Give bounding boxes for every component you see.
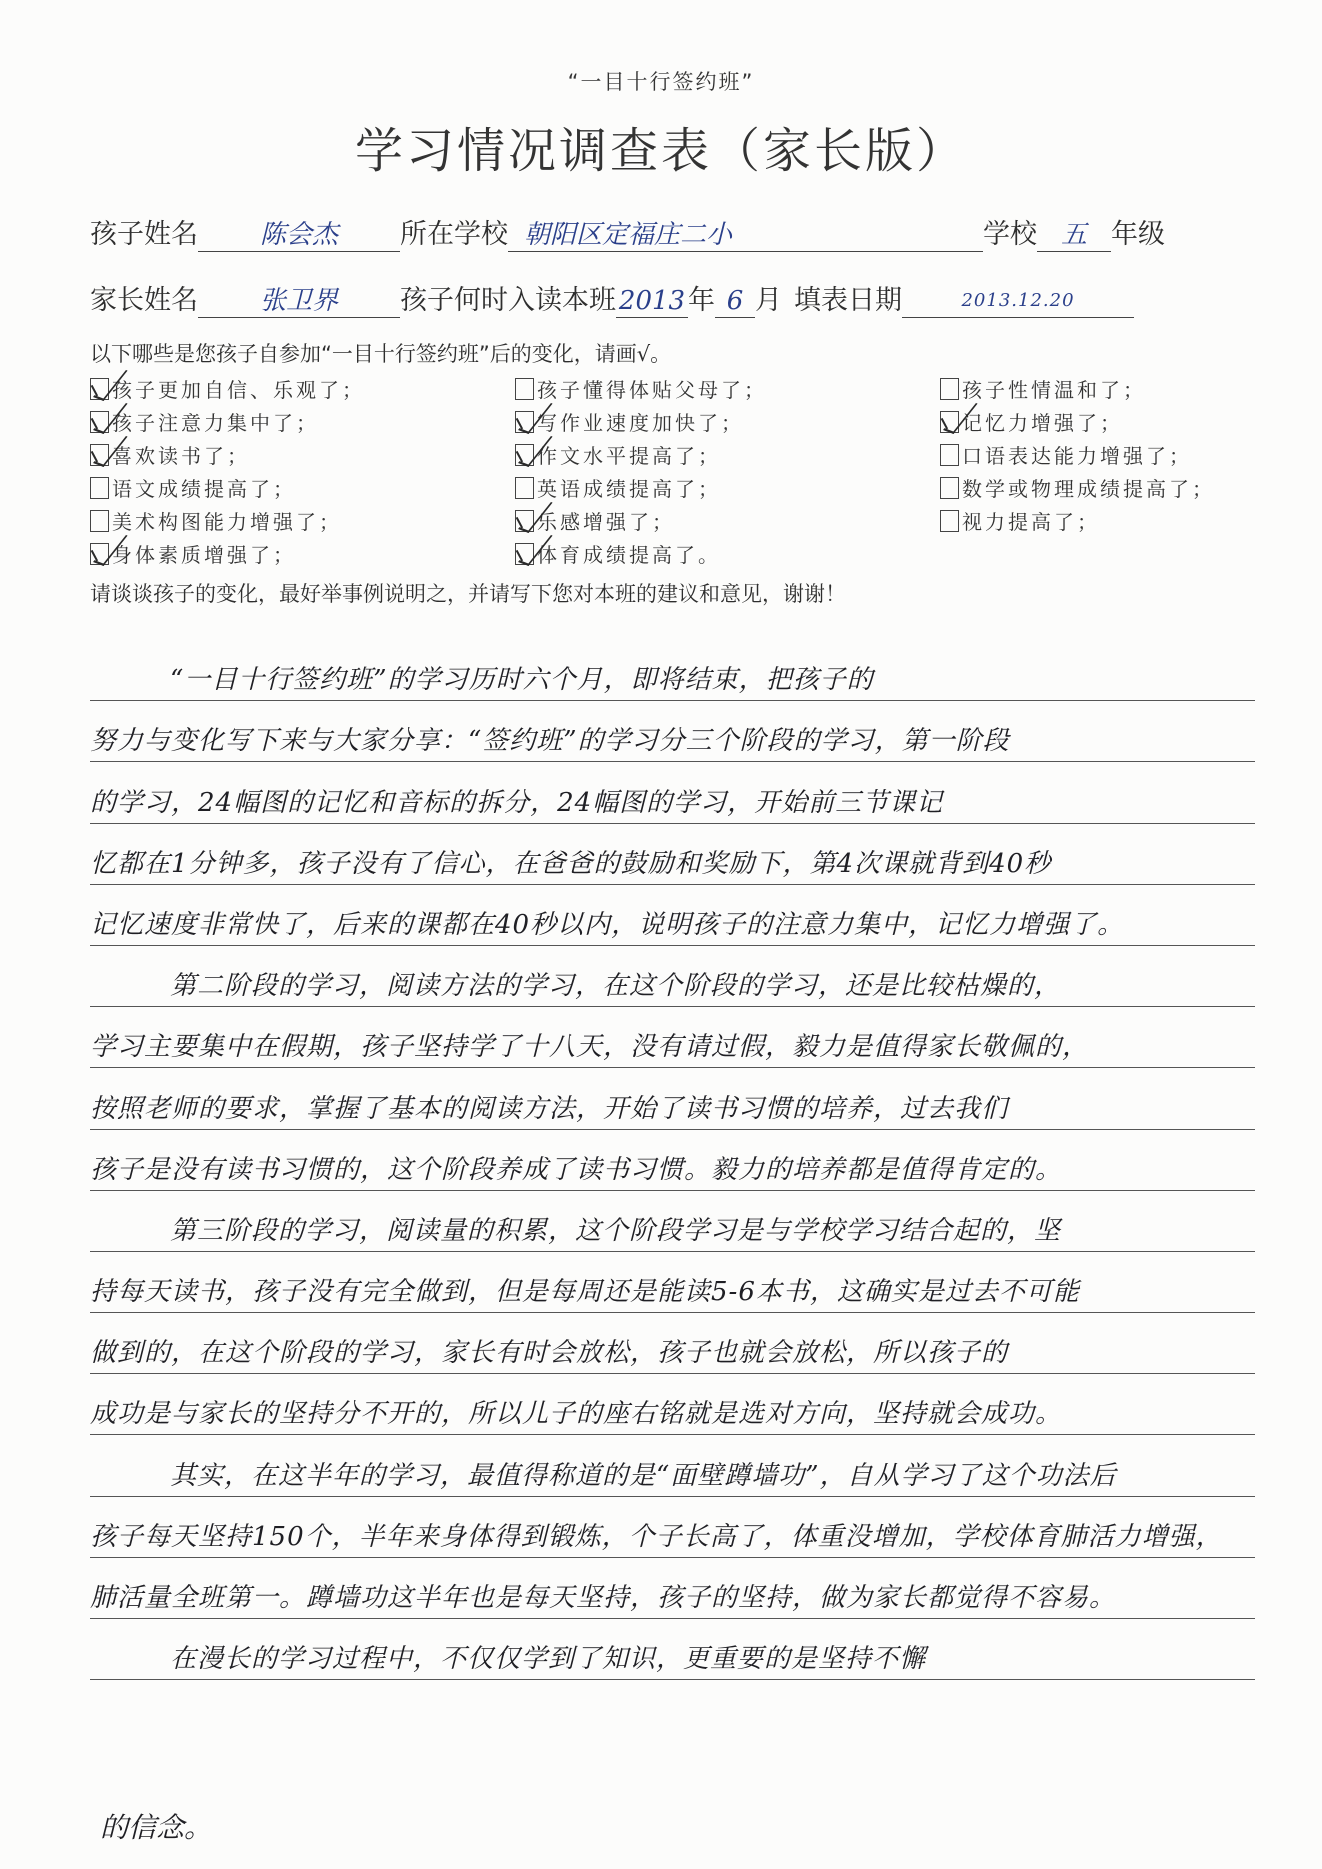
essay-prompt: 请谈谈孩子的变化，最好举事例说明之，并请写下您对本班的建议和意见，谢谢！	[90, 578, 846, 608]
check-item-memory[interactable]: 记忆力增强了；	[940, 405, 1290, 438]
essay-line: 忆都在1分钟多，孩子没有了信心，在爸爸的鼓励和奖励下，第4次课就背到40秒	[90, 824, 1255, 885]
checklist-prompt: 以下哪些是您孩子自参加“一目十行签约班”后的变化，请画√。	[90, 338, 671, 368]
checkbox-empty[interactable]	[940, 477, 959, 499]
checkbox-checked[interactable]	[515, 444, 534, 466]
school-label: 所在学校	[400, 218, 508, 252]
checkbox-checked[interactable]	[90, 378, 109, 400]
change-checklist: 孩子更加自信、乐观了； 孩子懂得体贴父母了； 孩子性情温和了； 孩子注意力集中了…	[90, 372, 1290, 570]
survey-form-page: “一目十行签约班” 学习情况调查表（家长版） 孩子姓名 陈会杰 所在学校 朝阳区…	[0, 0, 1322, 1869]
fill-date-value: 2013.12.20	[961, 285, 1074, 317]
essay-line: “一目十行签约班”的学习历时六个月，即将结束，把孩子的	[90, 640, 1255, 701]
child-name-label: 孩子姓名	[90, 218, 198, 252]
check-item-considerate[interactable]: 孩子懂得体贴父母了；	[515, 372, 940, 405]
essay-line: 孩子是没有读书习惯的，这个阶段养成了读书习惯。毅力的培养都是值得肯定的。	[90, 1130, 1255, 1191]
essay-line: 成功是与家长的坚持分不开的，所以儿子的座右铭就是选对方向，坚持就会成功。	[90, 1374, 1255, 1435]
month-label: 月	[755, 284, 782, 318]
child-info-row: 孩子姓名 陈会杰 所在学校 朝阳区定福庄二小 学校 五 年级	[90, 212, 1165, 252]
checkbox-checked[interactable]	[90, 444, 109, 466]
checklist-row: 孩子注意力集中了； 写作业速度加快了； 记忆力增强了；	[90, 405, 1290, 438]
checkbox-empty[interactable]	[940, 444, 959, 466]
checkbox-checked[interactable]	[90, 411, 109, 433]
enroll-month-value: 6	[727, 285, 744, 317]
enroll-label: 孩子何时入读本班	[400, 284, 616, 318]
essay-answer-area[interactable]: “一目十行签约班”的学习历时六个月，即将结束，把孩子的 努力与变化写下来与大家分…	[90, 640, 1255, 1680]
child-name-field[interactable]: 陈会杰	[198, 218, 400, 252]
parent-name-field[interactable]: 张卫界	[198, 284, 400, 318]
form-subtitle: “一目十行签约班”	[0, 66, 1322, 96]
grade-field[interactable]: 五	[1037, 218, 1111, 252]
check-item-oral[interactable]: 口语表达能力增强了；	[940, 438, 1290, 471]
essay-line: 记忆速度非常快了，后来的课都在40秒以内，说明孩子的注意力集中，记忆力增强了。	[90, 885, 1255, 946]
check-item-physique[interactable]: 身体素质增强了；	[90, 537, 515, 570]
checkbox-empty[interactable]	[940, 378, 959, 400]
school-field[interactable]: 朝阳区定福庄二小	[508, 218, 983, 252]
essay-line: 按照老师的要求，掌握了基本的阅读方法，开始了读书习惯的培养，过去我们	[90, 1068, 1255, 1129]
essay-line: 做到的，在这个阶段的学习，家长有时会放松，孩子也就会放松，所以孩子的	[90, 1313, 1255, 1374]
essay-line: 在漫长的学习过程中，不仅仅学到了知识，更重要的是坚持不懈	[90, 1619, 1255, 1680]
enroll-month-field[interactable]: 6	[715, 284, 755, 318]
check-item-reading[interactable]: 喜欢读书了；	[90, 438, 515, 471]
check-item-art[interactable]: 美术构图能力增强了；	[90, 504, 515, 537]
checkbox-empty[interactable]	[515, 378, 534, 400]
parent-info-row: 家长姓名 张卫界 孩子何时入读本班 2013 年 6 月 填表日期 2013.1…	[90, 278, 1134, 318]
checkbox-checked[interactable]	[515, 510, 534, 532]
check-item-gentle[interactable]: 孩子性情温和了；	[940, 372, 1290, 405]
check-item-homework-speed[interactable]: 写作业速度加快了；	[515, 405, 940, 438]
checklist-row: 语文成绩提高了； 英语成绩提高了； 数学或物理成绩提高了；	[90, 471, 1290, 504]
checkbox-checked[interactable]	[515, 411, 534, 433]
checklist-row: 孩子更加自信、乐观了； 孩子懂得体贴父母了； 孩子性情温和了；	[90, 372, 1290, 405]
check-item-writing[interactable]: 作文水平提高了；	[515, 438, 940, 471]
check-item-focus[interactable]: 孩子注意力集中了；	[90, 405, 515, 438]
form-title: 学习情况调查表（家长版）	[0, 112, 1322, 181]
school-suffix-label: 学校	[983, 218, 1037, 252]
grade-label: 年级	[1111, 218, 1165, 252]
essay-line: 的学习，24幅图的记忆和音标的拆分，24幅图的学习，开始前三节课记	[90, 762, 1255, 823]
checkbox-empty[interactable]	[940, 510, 959, 532]
parent-name-value: 张卫界	[260, 285, 338, 317]
essay-line: 肺活量全班第一。蹲墙功这半年也是每天坚持，孩子的坚持，做为家长都觉得不容易。	[90, 1558, 1255, 1619]
checkbox-empty[interactable]	[515, 477, 534, 499]
fill-date-field[interactable]: 2013.12.20	[902, 284, 1134, 318]
enroll-year-field[interactable]: 2013	[616, 284, 688, 318]
fill-date-label: 填表日期	[794, 284, 902, 318]
essay-line: 孩子每天坚持150个，半年来身体得到锻炼，个子长高了，体重没增加，学校体育肺活力…	[90, 1497, 1255, 1558]
essay-final-line: 的信念。	[100, 1806, 212, 1846]
checklist-row: 喜欢读书了； 作文水平提高了； 口语表达能力增强了；	[90, 438, 1290, 471]
year-label: 年	[688, 284, 715, 318]
checklist-row: 身体素质增强了； 体育成绩提高了。	[90, 537, 1290, 570]
grade-value: 五	[1061, 219, 1087, 251]
check-item-confident[interactable]: 孩子更加自信、乐观了；	[90, 372, 515, 405]
checkbox-checked[interactable]	[90, 543, 109, 565]
essay-line: 第二阶段的学习，阅读方法的学习，在这个阶段的学习，还是比较枯燥的，	[90, 946, 1255, 1007]
checklist-row: 美术构图能力增强了； 乐感增强了； 视力提高了；	[90, 504, 1290, 537]
parent-name-label: 家长姓名	[90, 284, 198, 318]
checkbox-empty[interactable]	[90, 510, 109, 532]
enroll-year-value: 2013	[619, 285, 685, 317]
essay-line: 学习主要集中在假期，孩子坚持学了十八天，没有请过假，毅力是值得家长敬佩的，	[90, 1007, 1255, 1068]
essay-line: 努力与变化写下来与大家分享：“签约班”的学习分三个阶段的学习，第一阶段	[90, 701, 1255, 762]
check-item-music[interactable]: 乐感增强了；	[515, 504, 940, 537]
check-item-vision[interactable]: 视力提高了；	[940, 504, 1290, 537]
essay-line: 第三阶段的学习，阅读量的积累，这个阶段学习是与学校学习结合起的，坚	[90, 1191, 1255, 1252]
check-item-chinese[interactable]: 语文成绩提高了；	[90, 471, 515, 504]
checkbox-empty[interactable]	[90, 477, 109, 499]
check-item-pe[interactable]: 体育成绩提高了。	[515, 537, 940, 570]
essay-line: 持每天读书，孩子没有完全做到，但是每周还是能读5-6本书，这确实是过去不可能	[90, 1252, 1255, 1313]
checkbox-checked[interactable]	[515, 543, 534, 565]
child-name-value: 陈会杰	[260, 219, 338, 251]
checkbox-checked[interactable]	[940, 411, 959, 433]
essay-line: 其实，在这半年的学习，最值得称道的是“面壁蹲墙功”，自从学习了这个功法后	[90, 1435, 1255, 1496]
check-item-math-physics[interactable]: 数学或物理成绩提高了；	[940, 471, 1290, 504]
school-value: 朝阳区定福庄二小	[524, 219, 732, 251]
check-item-english[interactable]: 英语成绩提高了；	[515, 471, 940, 504]
